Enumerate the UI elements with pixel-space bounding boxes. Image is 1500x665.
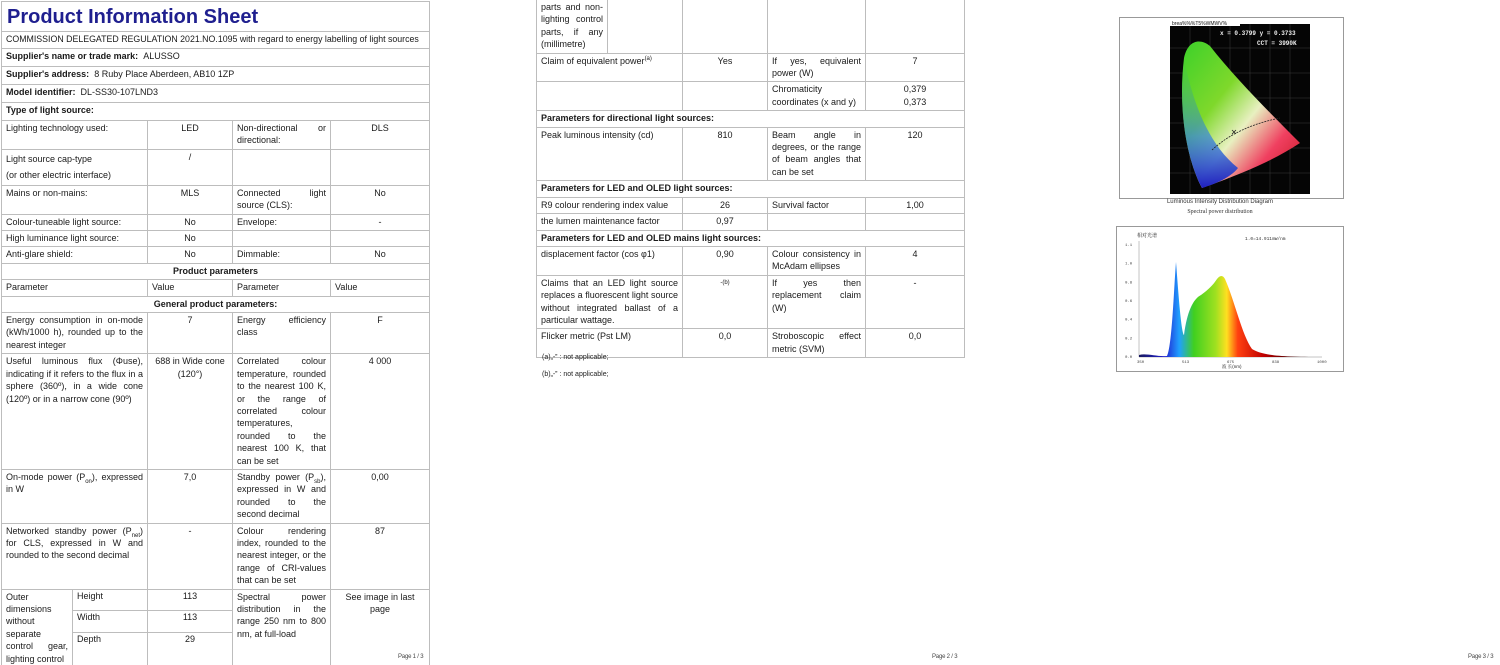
row-label: Stroboscopic effect metric (SVM) bbox=[768, 329, 866, 358]
svg-text:0.0: 0.0 bbox=[1125, 356, 1133, 360]
row-value: No bbox=[148, 231, 233, 247]
lumen-maintenance-value: 0,97 bbox=[683, 214, 768, 230]
column-header: Value bbox=[331, 280, 430, 296]
r9-value: 26 bbox=[683, 197, 768, 213]
row-label: Outer dimensions without separate contro… bbox=[2, 589, 73, 665]
column-header: Parameter bbox=[2, 280, 148, 296]
depth-value: 29 bbox=[148, 633, 233, 665]
svg-text:x = 0.3799 y = 0.3733: x = 0.3799 y = 0.3733 bbox=[1220, 30, 1296, 37]
type-heading: Type of light source: bbox=[2, 103, 430, 121]
spectral-power-distribution-chart: 相对光谱 1.0=14.911mW/nm 0.00.20.40.60.81.01… bbox=[1116, 226, 1344, 372]
product-info-table-continued: parts and non-lighting control parts, if… bbox=[536, 0, 965, 358]
svm-value: 0,0 bbox=[866, 329, 965, 358]
svg-text:513: 513 bbox=[1182, 361, 1190, 365]
product-parameters-heading: Product parameters bbox=[2, 263, 430, 279]
equivalent-power-value: 7 bbox=[866, 53, 965, 82]
spd-chart-image: 相对光谱 1.0=14.911mW/nm 0.00.20.40.60.81.01… bbox=[1117, 227, 1343, 371]
svg-text:0.4: 0.4 bbox=[1125, 319, 1133, 323]
row-label: Envelope: bbox=[233, 214, 331, 230]
dimension-label: Depth bbox=[73, 633, 148, 665]
svg-text:838: 838 bbox=[1272, 361, 1280, 365]
cie-diagram-image: brea%%%T5%WMWV% x = 0.3799 y = 0.3733 CC… bbox=[1120, 18, 1343, 198]
energy-class-value: F bbox=[331, 313, 430, 354]
replacement-claim-value: - bbox=[866, 275, 965, 329]
product-info-table: Product Information Sheet COMMISSION DEL… bbox=[1, 1, 430, 665]
row-value: - bbox=[331, 214, 430, 230]
supplier-name: ALUSSO bbox=[143, 51, 180, 61]
supplier-address: 8 Ruby Place Aberdeen, AB10 1ZP bbox=[94, 69, 234, 79]
regulation-subtitle: COMMISSION DELEGATED REGULATION 2021.NO.… bbox=[2, 32, 430, 49]
row-label: Beam angle in degrees, or the range of b… bbox=[768, 127, 866, 181]
row-label: Colour rendering index, rounded to the n… bbox=[233, 523, 331, 589]
svg-text:1.0=14.911mW/nm: 1.0=14.911mW/nm bbox=[1245, 236, 1286, 242]
directional-heading: Parameters for directional light sources… bbox=[537, 111, 965, 127]
row-label: Peak luminous intensity (cd) bbox=[537, 127, 683, 181]
led-heading: Parameters for LED and OLED light source… bbox=[537, 181, 965, 197]
fluorescent-claim-value: -(b) bbox=[683, 275, 768, 329]
column-header: Parameter bbox=[233, 280, 331, 296]
svg-text:350: 350 bbox=[1137, 361, 1145, 365]
page-title: Product Information Sheet bbox=[2, 2, 430, 32]
row-label: Networked standby power (Pnet) for CLS, … bbox=[2, 523, 148, 589]
row-label: Colour-tuneable light source: bbox=[2, 214, 148, 230]
row-value: No bbox=[148, 214, 233, 230]
row-label: Energy consumption in on-mode (kWh/1000 … bbox=[2, 313, 148, 354]
svg-text:0.8: 0.8 bbox=[1125, 281, 1133, 285]
row-value: / bbox=[148, 149, 233, 185]
footnote-b: (b)„-‟ : not applicable; bbox=[542, 371, 609, 378]
row-label: Claim of equivalent power(a) bbox=[537, 53, 683, 82]
model-row: Model identifier: DL-SS30-107LND3 bbox=[2, 85, 430, 103]
row-label: Light source cap-type(or other electric … bbox=[2, 149, 148, 185]
row-label: Non-directional or directional: bbox=[233, 121, 331, 150]
svg-text:1.0: 1.0 bbox=[1125, 263, 1133, 267]
chromaticity-value: 0,3790,373 bbox=[866, 82, 965, 111]
caption-spd: Spectral power distribution bbox=[1090, 209, 1350, 215]
row-label: Lighting technology used: bbox=[2, 121, 148, 150]
flicker-value: 0,0 bbox=[683, 329, 768, 358]
row-value: LED bbox=[148, 121, 233, 150]
row-label: R9 colour rendering index value bbox=[537, 197, 683, 213]
row-label: Mains or non-mains: bbox=[2, 185, 148, 214]
equivalent-power-claim: Yes bbox=[683, 53, 768, 82]
svg-text:0.2: 0.2 bbox=[1125, 337, 1133, 341]
row-label: parts and non-lighting control parts, if… bbox=[537, 0, 608, 53]
colour-consistency-value: 4 bbox=[866, 246, 965, 275]
svg-text:1.1: 1.1 bbox=[1125, 244, 1133, 248]
row-label: Claims that an LED light source replaces… bbox=[537, 275, 683, 329]
svg-text:1000: 1000 bbox=[1317, 361, 1327, 365]
row-label: If yes, equivalent power (W) bbox=[768, 53, 866, 82]
row-label: Energy efficiency class bbox=[233, 313, 331, 354]
row-label: If yes then replacement claim (W) bbox=[768, 275, 866, 329]
row-label: Dimmable: bbox=[233, 247, 331, 263]
row-label: Standby power (Psb), expressed in W and … bbox=[233, 469, 331, 523]
page-number: Page 3 / 3 bbox=[1468, 654, 1493, 660]
on-mode-power-value: 7,0 bbox=[148, 469, 233, 523]
svg-text:0.6: 0.6 bbox=[1125, 300, 1133, 304]
cie-chromaticity-diagram: brea%%%T5%WMWV% x = 0.3799 y = 0.3733 CC… bbox=[1119, 17, 1344, 199]
energy-consumption-value: 7 bbox=[148, 313, 233, 354]
general-parameters-heading: General product parameters: bbox=[2, 296, 430, 312]
row-value: DLS bbox=[331, 121, 430, 150]
row-label: Colour consistency in McAdam ellipses bbox=[768, 246, 866, 275]
row-label: Survival factor bbox=[768, 197, 866, 213]
row-label: Chromaticity coordinates (x and y) bbox=[768, 82, 866, 111]
svg-text:相对光谱: 相对光谱 bbox=[1137, 232, 1157, 239]
width-value: 113 bbox=[148, 611, 233, 633]
row-value: No bbox=[331, 185, 430, 214]
svg-text:brea%%%T5%WMWV%: brea%%%T5%WMWV% bbox=[1172, 21, 1228, 27]
row-label: the lumen maintenance factor bbox=[537, 214, 683, 230]
row-label: Useful luminous flux (Φuse), indicating … bbox=[2, 354, 148, 470]
networked-standby-value: - bbox=[148, 523, 233, 589]
column-header: Value bbox=[148, 280, 233, 296]
row-value: MLS bbox=[148, 185, 233, 214]
footnote-a: (a)„-‟ : not applicable; bbox=[542, 354, 609, 361]
luminous-flux-value: 688 in Wide cone (120°) bbox=[148, 354, 233, 470]
page-number: Page 2 / 3 bbox=[932, 654, 957, 660]
beam-angle-value: 120 bbox=[866, 127, 965, 181]
svg-text:CCT = 3990K: CCT = 3990K bbox=[1257, 40, 1297, 47]
row-label: Connected light source (CLS): bbox=[233, 185, 331, 214]
cct-value: 4 000 bbox=[331, 354, 430, 470]
page-3: brea%%%T5%WMWV% x = 0.3799 y = 0.3733 CC… bbox=[1070, 0, 1500, 665]
row-label: High luminance light source: bbox=[2, 231, 148, 247]
mains-heading: Parameters for LED and OLED mains light … bbox=[537, 230, 965, 246]
height-value: 113 bbox=[148, 589, 233, 611]
row-label: Correlated colour temperature, rounded t… bbox=[233, 354, 331, 470]
row-label: Anti-glare shield: bbox=[2, 247, 148, 263]
standby-power-value: 0,00 bbox=[331, 469, 430, 523]
caption-intensity-diagram: Luminous Intensity Distribution Diagram bbox=[1090, 199, 1350, 205]
supplier-name-row: Supplier's name or trade mark: ALUSSO bbox=[2, 49, 430, 67]
page-1: Product Information Sheet COMMISSION DEL… bbox=[0, 0, 430, 665]
row-label: displacement factor (cos φ1) bbox=[537, 246, 683, 275]
page-number: Page 1 / 3 bbox=[398, 654, 423, 660]
row-value: No bbox=[331, 247, 430, 263]
survival-factor-value: 1,00 bbox=[866, 197, 965, 213]
dimension-label: Width bbox=[73, 611, 148, 633]
cri-value: 87 bbox=[331, 523, 430, 589]
peak-intensity-value: 810 bbox=[683, 127, 768, 181]
row-value: No bbox=[148, 247, 233, 263]
page-2: parts and non-lighting control parts, if… bbox=[536, 0, 964, 665]
supplier-address-row: Supplier's address: 8 Ruby Place Aberdee… bbox=[2, 67, 430, 85]
row-label: Spectral power distribution in the range… bbox=[233, 589, 331, 665]
row-label: On-mode power (Pon), expressed in W bbox=[2, 469, 148, 523]
displacement-factor-value: 0,90 bbox=[683, 246, 768, 275]
svg-text:波 长(nm): 波 长(nm) bbox=[1222, 363, 1242, 370]
model-identifier: DL-SS30-107LND3 bbox=[81, 87, 159, 97]
dimension-label: Height bbox=[73, 589, 148, 611]
